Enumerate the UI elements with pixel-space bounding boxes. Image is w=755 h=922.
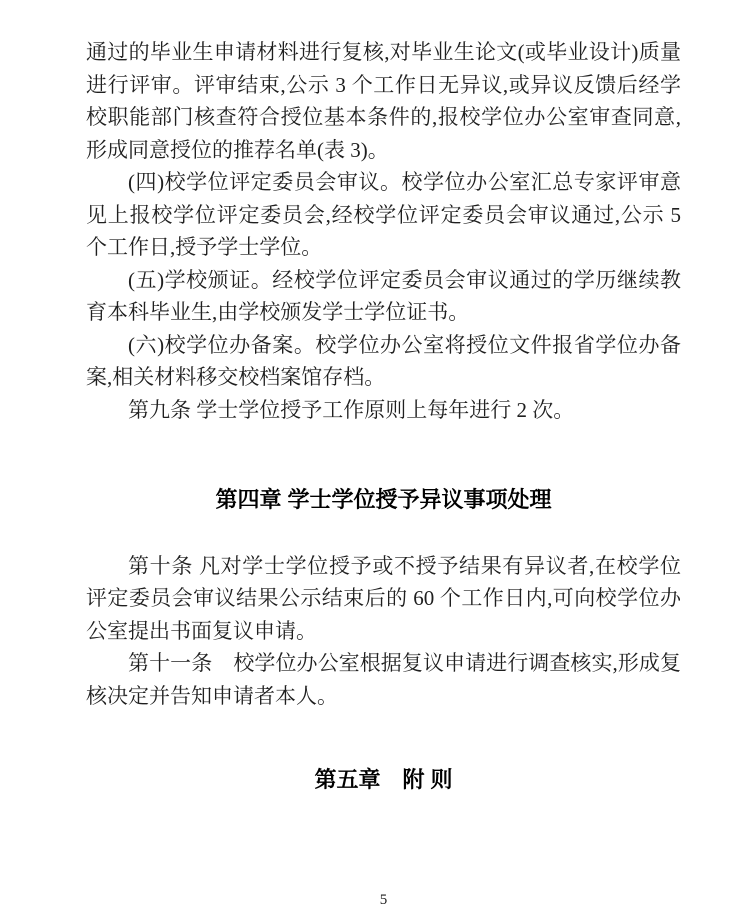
document-text-block: 通过的毕业生申请材料进行复核,对毕业生论文(或毕业设计)质量进行评审。评审结束,…	[86, 36, 681, 797]
page-number: 5	[86, 891, 681, 909]
paragraph-article-11: 第十一条 校学位办公室根据复议申请进行调查核实,形成复核决定并告知申请者本人。	[86, 647, 681, 712]
chapter-5-heading: 第五章 附 则	[86, 764, 681, 797]
document-page: 通过的毕业生申请材料进行复核,对毕业生论文(或毕业设计)质量进行评审。评审结束,…	[0, 0, 755, 922]
paragraph-article-9: 第九条 学士学位授予工作原则上每年进行 2 次。	[86, 394, 681, 427]
paragraph-item-4: (四)校学位评定委员会审议。校学位办公室汇总专家评审意见上报校学位评定委员会,经…	[86, 166, 681, 264]
paragraph-continuation: 通过的毕业生申请材料进行复核,对毕业生论文(或毕业设计)质量进行评审。评审结束,…	[86, 36, 681, 166]
paragraph-item-6: (六)校学位办备案。校学位办公室将授位文件报省学位办备案,相关材料移交校档案馆存…	[86, 329, 681, 394]
paragraph-item-5: (五)学校颁证。经校学位评定委员会审议通过的学历继续教育本科毕业生,由学校颁发学…	[86, 264, 681, 329]
paragraph-article-10: 第十条 凡对学士学位授予或不授予结果有异议者,在校学位评定委员会审议结果公示结束…	[86, 550, 681, 648]
chapter-4-heading: 第四章 学士学位授予异议事项处理	[86, 484, 681, 517]
